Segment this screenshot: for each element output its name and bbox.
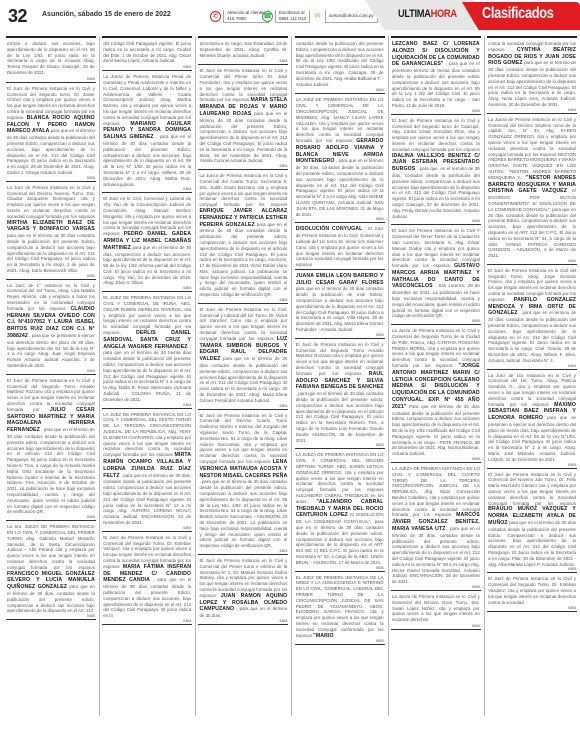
notice-code: 0303 <box>103 619 191 623</box>
classified-notice: JUANA EMILIA LEON BAREIRO Y JULIO CESAR … <box>295 270 385 339</box>
notice-code: 0303 <box>199 404 287 408</box>
classified-notice: El Juez de Primera Instancia en lo Civil… <box>198 555 288 625</box>
notice-code: 0303 <box>199 619 287 623</box>
notice-body: LA JUEZ DE PRIMERA INSTANCIA EN LO CIVIL… <box>103 412 191 458</box>
notice-body: La Jueza de Primera Instancia en lo Civi… <box>199 173 287 207</box>
notice-body-continued: , para que en el término de 30 días, con… <box>392 526 480 584</box>
classified-notice: EL JUEZ DE PRIMERA INSTANCIA EN LO CIVIL… <box>102 292 192 408</box>
classified-notice: El Juez de Primera Instancia en lo Civil… <box>102 532 192 625</box>
notice-body: El Juez de Primera Instancia en lo Civil… <box>488 576 576 604</box>
classified-notice: LA JUEZ DE PRIMERA INSTANCIA EN LO CIVIL… <box>295 94 385 223</box>
notice-code: 0303 <box>392 624 480 628</box>
notice-body-continued: , para que en el término de 30 días cont… <box>296 391 384 442</box>
notice-body-continued: , para que en el término de 30 días cont… <box>103 577 191 618</box>
classified-notice: DISOLUCIÓN CONYUGAL : El Juez de Primera… <box>295 223 385 270</box>
mail-icon: ✉ <box>312 11 323 22</box>
notice-body-continued: para que en el término de 30 días contad… <box>488 520 576 567</box>
classified-notice: La Juez de Primera Instancia en lo Civil… <box>6 182 96 280</box>
email-contact: ✉ avisos@uhora.com.py <box>312 7 378 25</box>
notice-code: 0303 <box>392 585 480 589</box>
classified-notice: EL JUEZ DE PRIMERA INSTANCIA DE LA NIÑEZ… <box>295 572 385 646</box>
classified-notice: mezan a deducir sus acciones, bajo aperc… <box>6 38 96 83</box>
customer-service-contact: ✆ Atención al cliente: 415 7000 <box>210 7 269 25</box>
phone-icon: ✆ <box>210 11 221 22</box>
notice-body-continued: , para que en el término de 30 días cont… <box>7 427 95 514</box>
notice-code: 0303 <box>103 286 191 290</box>
classified-notice: LA JUEZ DE PRIMERA INSTANCIA EN LO CIVIL… <box>102 409 192 532</box>
notice-body-continued: , para que, en el término de 30 días, co… <box>392 166 480 218</box>
notice-body-continued: , para que en el término de 30 treinta d… <box>103 344 191 402</box>
notice-body-continued: para que en el término de 30 días contad… <box>199 222 287 298</box>
notice-names: "MARIO <box>313 633 333 639</box>
notice-body: LA JUEZ DE PRIMERA INSTANCIA EN LO CIVIL… <box>296 97 384 143</box>
classified-notice: El Juez de Primera Instancia en lo Civil… <box>6 83 96 182</box>
notice-body-continued: para que en el término de 30 días contad… <box>488 60 576 107</box>
notice-code: 0303 <box>7 369 95 373</box>
notice-body-continued: para que en el término de 30 días contad… <box>7 128 95 175</box>
classified-notice: La Juez de 1° Instancia en lo Civil y Co… <box>6 280 96 375</box>
notice-body-continued: S/ DIVORCIO POR MUTUO CONSENTIMIENTO" S/… <box>488 188 576 258</box>
column-4: contados desde la publicación del presen… <box>295 36 385 716</box>
notice-body: mezan a deducir sus acciones, bajo aperc… <box>7 41 95 75</box>
classified-notice: contra la sociedad conyugal formada por … <box>487 38 577 114</box>
notice-body: EL JUEZ DE PRIMERA INSTANCIA DE LA NIÑEZ… <box>296 575 384 638</box>
classified-notice: LEZCANO BAEZ C/ LORENZA ALONZO S/ DISOLU… <box>391 38 481 115</box>
notice-body-continued: , para que en el perentorio término de t… <box>392 61 480 108</box>
notice-code: 0303 <box>199 59 287 63</box>
column-3: Secretaría a mi cargo. San Estanislao, 2… <box>198 36 288 716</box>
notice-code: 0303 <box>103 526 191 530</box>
classifieds-columns: mezan a deducir sus acciones, bajo aperc… <box>0 36 580 756</box>
notice-body-continued: , para que en el término de 30 días cont… <box>488 310 576 362</box>
notice-body-continued: , para que en el término de 30 días, con… <box>103 473 191 525</box>
notice-code: 0303 <box>199 298 287 302</box>
classified-notice: El Juez de Primera Instancia en lo Civil… <box>198 65 288 170</box>
notice-body: La Juez de Primera Instancia en lo Civil… <box>7 185 95 219</box>
notice-body: contados desde la publicación del presen… <box>296 41 384 87</box>
notice-code: 0303 <box>7 614 95 618</box>
notice-code: 0303 <box>488 606 576 610</box>
notice-body-continued: Para que en término de 30 días contados … <box>392 404 480 456</box>
classified-notice: El Juez de Primera Instancia en lo Civil… <box>6 375 96 521</box>
notice-code: 0303 <box>103 403 191 407</box>
notice-code: 0303 <box>488 463 576 467</box>
notice-body: LA JUEZA DE PRIMERA INSTANCIA EN LO CIVI… <box>392 466 480 517</box>
notice-code: 0303 <box>296 333 384 337</box>
classified-notice: El Juez de Primera Instancia en lo Civil… <box>487 573 577 612</box>
classified-notice: El Juez de Primera Instancia en lo Civil… <box>198 304 288 410</box>
notice-body: Secretaría a mi cargo. San Estanislao, 2… <box>199 41 287 58</box>
classified-notice: del Código Civil Paraguayo vigente. El j… <box>102 38 192 71</box>
column-2: del Código Civil Paraguayo vigente. El j… <box>102 36 192 716</box>
notice-code: 0303 <box>296 443 384 447</box>
classified-notice: El Juez de Primera Instancia en lo Civil… <box>295 339 385 450</box>
notice-names: DISOLUCIÓN CONYUGAL <box>296 226 363 232</box>
page-header: 32 Asunción, sábado 15 de enero de 2022 … <box>0 0 580 30</box>
notice-body-continued: para que se presenten a ejercer sus dere… <box>488 415 576 462</box>
classified-notice: El Juez De Primera Instancia en lo Civil… <box>391 225 481 325</box>
classified-notice: La Jueza de Primera Instancia en lo Civi… <box>391 591 481 630</box>
notice-body-continued: para que en el término de 30 días, compa… <box>103 245 191 286</box>
classified-notice: La Jueza de Primera Instancia en lo Civi… <box>487 114 577 265</box>
notice-body: El Juez de Primera Instancia en lo Civil… <box>392 118 480 152</box>
notice-code: 0303 <box>488 259 576 263</box>
notice-code: 0303 <box>7 515 95 519</box>
notice-body-continued: , para que en el término de 30 días, con… <box>296 158 384 216</box>
classified-notice: La Sra. JUEZA DE PRIMERA INSTANCIA EN LO… <box>6 521 96 620</box>
notice-body-continued: para que en el término de 30 días contad… <box>199 356 287 403</box>
notice-body: La Jueza de Primera Instancia en lo Civi… <box>392 594 480 622</box>
notice-names: "JORGE ANTONIO MARTINEZ MARIN C/ LETICIA… <box>392 363 480 410</box>
newspaper-logo: ULTIMAHORA <box>398 8 457 20</box>
notice-code: 0303 <box>296 566 384 570</box>
whatsapp-icon: ☎ <box>262 11 273 22</box>
notice-body: La Jueza de Primera Instancia en lo Civi… <box>488 117 576 180</box>
notice-body-continued: S/ DISOLUCIÓN DE LA COMUNIDAD CONYUGAL",… <box>296 512 384 564</box>
notice-code: 0303 <box>199 164 287 168</box>
column-6: contra la sociedad conyugal formada por … <box>487 36 577 716</box>
classified-notice: La Jueza de Primera Instancia en lo Civi… <box>391 325 481 463</box>
page-number: 32 <box>8 6 27 27</box>
notice-code: 0303 <box>488 567 576 571</box>
classified-notice: LA JUEZA DE PRIMERA INSTANCIA EN LO CIVI… <box>295 449 385 571</box>
classified-notice: El Juez en lo Civil, Comercial y Laboral… <box>102 193 192 292</box>
notice-code: 0303 <box>7 274 95 278</box>
whatsapp-contact: ☎ Escribinos al 0981 111 013 <box>262 7 310 25</box>
classified-notice: El Juez de Primera Instancia en lo Civil… <box>487 469 577 574</box>
notice-body: LA JUEZA DE PRIMERA INSTANCIA EN LO CIVI… <box>296 452 384 503</box>
notice-body: El Juez de Primera Instancia en lo Civil… <box>199 413 287 464</box>
notice-code: 0303 <box>392 457 480 461</box>
notice-body: La Sra. JUEZA DE PRIMERA INSTANCIA EN LO… <box>7 524 95 570</box>
notice-code: 0303 <box>103 187 191 191</box>
notice-code: 0303 <box>7 77 95 81</box>
notice-code: 0303 <box>296 217 384 221</box>
notice-names: JUANA EMILIA LEON BAREIRO Y JULIO CESAR … <box>296 273 384 286</box>
column-1: mezan a deducir sus acciones, bajo aperc… <box>6 36 96 716</box>
notice-body: El Juez de Primera Instancia en lo Civil… <box>199 307 287 341</box>
notice-body-continued: , para que en el término de 30 días cont… <box>199 479 287 548</box>
classified-notice: La Jueza de Primera Instancia en lo Civi… <box>198 170 288 304</box>
classified-notice: El Juez de Primera Instancia en lo Civil… <box>198 410 288 555</box>
column-5: LEZCANO BAEZ C/ LORENZA ALONZO S/ DISOLU… <box>391 36 481 716</box>
notice-code: 0303 <box>488 364 576 368</box>
notice-code: 0303 <box>103 65 191 69</box>
notice-code: 0303 <box>7 176 95 180</box>
notice-code: 0303 <box>392 109 480 113</box>
notice-body-continued: : El Juez de Primera Instancia en lo Civ… <box>296 226 384 267</box>
classified-notice: La Juez de 1ra. Instancia en lo Civil y … <box>487 370 577 469</box>
notice-code: 0303 <box>296 88 384 92</box>
notice-body-continued: para que en el término de 30 días contad… <box>296 286 384 332</box>
notice-body: La Jueza de Primera Instancia Penal de G… <box>103 74 191 125</box>
notice-code: 0303 <box>296 639 384 643</box>
notice-body-continued: para que en el término de 30 días contad… <box>7 233 95 273</box>
classified-notice: Secretaría a mi cargo. San Estanislao, 2… <box>198 38 288 65</box>
classified-notice: El Juez de Primera Instancia en lo Civil… <box>391 115 481 226</box>
page-date: Asunción, sábado 15 de enero de 2022 <box>42 11 171 18</box>
classified-notice: LA JUEZA DE PRIMERA INSTANCIA EN LO CIVI… <box>391 463 481 591</box>
section-title: Clasificados <box>482 5 554 23</box>
classified-notice: El Juez de Primera Instancia en lo Civil… <box>487 265 577 370</box>
notice-code: 0303 <box>392 319 480 323</box>
classified-notice: La Jueza de Primera Instancia Penal de G… <box>102 71 192 193</box>
notice-code: 0303 <box>488 108 576 112</box>
notice-body-continued: para que en el término de 30 días contad… <box>199 111 287 163</box>
notice-names: MIRTHA ELIZABETH BAEZ DE VARGAS Y BONIFA… <box>7 220 95 233</box>
notice-body: del Código Civil Paraguayo vigente. El j… <box>103 41 191 63</box>
notice-body: El Juez de Primera Instancia en lo Civil… <box>488 472 576 506</box>
classified-notice: contados desde la publicación del presen… <box>295 38 385 94</box>
notice-code: 0303 <box>199 549 287 553</box>
notice-body-continued: , para que en el término de 30 días cont… <box>103 134 191 186</box>
notice-code: 0303 <box>392 219 480 223</box>
